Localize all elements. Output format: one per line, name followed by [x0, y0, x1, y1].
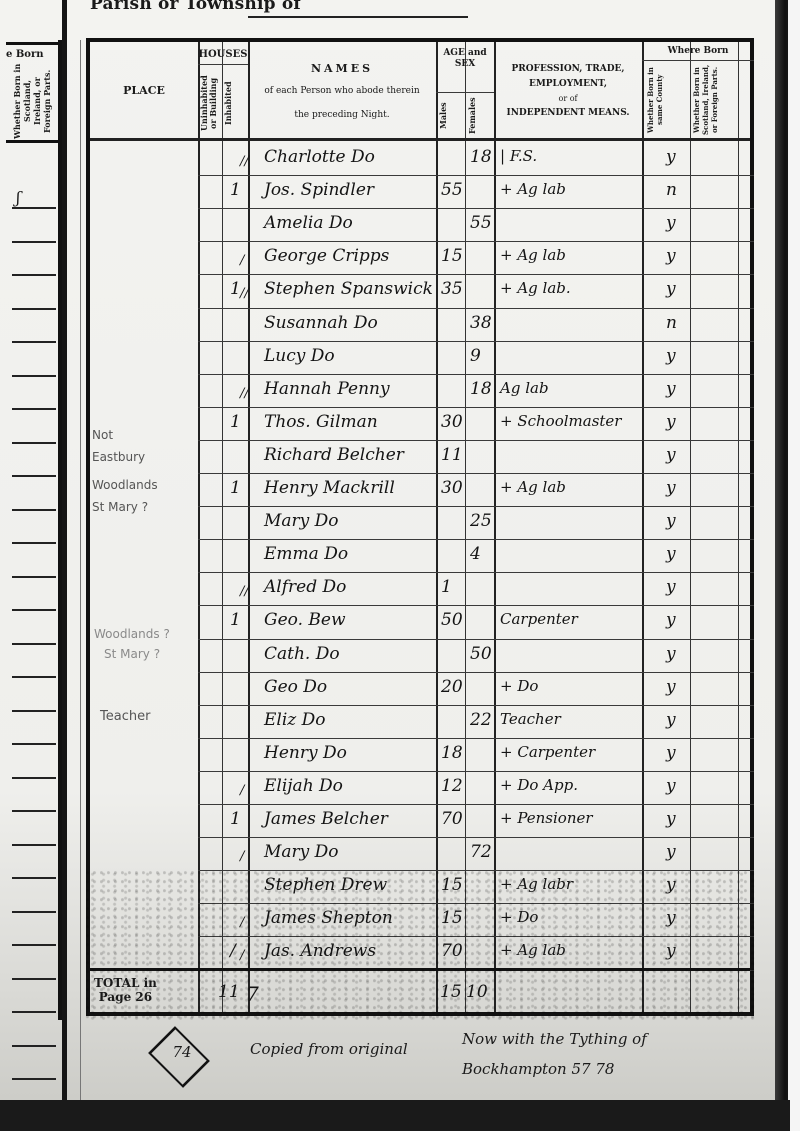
born-same-county: n	[666, 313, 677, 333]
born-same-county: y	[666, 644, 676, 664]
female-age: 50	[470, 644, 492, 664]
previous-page-row-rule	[12, 408, 56, 410]
previous-page-row-rule	[12, 341, 56, 343]
previous-page-row-rule	[12, 375, 56, 377]
male-age: 55	[441, 180, 463, 200]
parish-blank-line	[248, 16, 468, 18]
person-name: Jas. Andrews	[264, 941, 376, 961]
row-rule	[198, 870, 754, 871]
uninhabited-column-header: Uninhabited or Building	[200, 70, 222, 136]
born-same-county: y	[666, 842, 676, 862]
row-rule	[198, 936, 754, 937]
row-rule	[198, 341, 754, 342]
row-rule	[198, 308, 754, 309]
profession-header-line-1: PROFESSION, TRADE,	[494, 64, 642, 74]
column-divider	[494, 42, 496, 1012]
previous-where-born-label: e Born	[6, 49, 44, 60]
person-name: George Cripps	[264, 246, 389, 266]
inhabited-count: 1	[230, 180, 241, 200]
person-name: James Shepton	[264, 908, 393, 928]
born-same-county: y	[666, 346, 676, 366]
person-name: Amelia Do	[264, 213, 353, 233]
total-females: 10	[466, 982, 488, 1002]
where-born-subheader-rule	[642, 60, 754, 61]
row-rule	[198, 639, 754, 640]
person-name: Mary Do	[264, 511, 339, 531]
previous-page-row-rule	[12, 542, 56, 544]
profession: | F.S.	[500, 147, 537, 165]
row-rule	[198, 804, 754, 805]
names-column-subheader-1: of each Person who abode therein	[248, 86, 436, 96]
female-age: 38	[470, 313, 492, 333]
born-same-county: n	[666, 180, 677, 200]
previous-page-row-rule	[12, 475, 56, 477]
person-name: Cath. Do	[264, 644, 340, 664]
born-elsewhere-header: Whether Born in Scotland, Ireland, or Fo…	[692, 64, 736, 136]
inhabited-count: 1	[230, 412, 241, 432]
enumerator-mark: //	[240, 286, 249, 301]
row-rule	[198, 440, 754, 441]
person-name: Stephen Drew	[264, 875, 387, 895]
previous-page-row-rule	[12, 710, 56, 712]
person-name: Elijah Do	[264, 776, 343, 796]
male-age: 15	[441, 875, 463, 895]
females-column-header: Females	[467, 96, 493, 136]
copied-note: Copied from original	[250, 1040, 408, 1058]
previous-page-row-rule	[12, 944, 56, 946]
row-rule	[198, 771, 754, 772]
folio-number: 74	[160, 1043, 204, 1061]
column-divider	[642, 42, 644, 1012]
age-sex-column-header: AGE and SEX	[436, 48, 494, 70]
profession: + Ag labr	[500, 875, 573, 893]
profession: + Ag lab	[500, 246, 566, 264]
person-name: Susannah Do	[264, 313, 378, 333]
born-same-county: y	[666, 941, 676, 961]
previous-page-strip: e Born Whether Born in Scotland, Ireland…	[6, 40, 62, 1020]
binding-line	[80, 40, 81, 1100]
previous-page-row-rule	[12, 509, 56, 511]
previous-page-row-rule	[12, 576, 56, 578]
binding-gutter	[62, 0, 67, 1100]
tything-note-line-1: Now with the Tything of	[462, 1030, 647, 1048]
column-divider	[198, 42, 200, 1012]
male-age: 12	[441, 776, 463, 796]
pencil-note-line: Woodlands ?	[94, 624, 170, 644]
female-age: 72	[470, 842, 492, 862]
parish-label: Parish or Township of	[90, 0, 301, 14]
enumerator-mark: //	[240, 386, 249, 401]
born-same-county: y	[666, 776, 676, 796]
male-age: 11	[441, 445, 463, 465]
houses-column-header: HOUSES	[198, 49, 248, 60]
person-name: Jos. Spindler	[264, 180, 374, 200]
previous-page-row-rule	[12, 308, 56, 310]
female-age: 9	[470, 346, 481, 366]
person-name: Geo Do	[264, 677, 327, 697]
born-same-county: y	[666, 279, 676, 299]
person-name: Geo. Bew	[264, 610, 346, 630]
where-born-header: Where Born	[642, 46, 754, 56]
enumerator-mark: //	[240, 584, 249, 599]
names-column-subheader-2: the preceding Night.	[248, 110, 436, 120]
pencil-note-location: Not Eastbury Woodlands St Mary ?	[92, 424, 158, 518]
enumerator-mark: /	[240, 849, 244, 864]
female-age: 25	[470, 511, 492, 531]
column-divider	[436, 42, 438, 1012]
row-rule	[198, 572, 754, 573]
enumerator-mark: /	[240, 253, 244, 268]
male-age: 15	[441, 246, 463, 266]
person-name: Alfred Do	[264, 577, 346, 597]
male-age: 1	[441, 577, 452, 597]
column-divider	[248, 42, 250, 1012]
born-same-county-header: Whether Born in same County	[646, 64, 688, 136]
header-bottom-rule	[90, 138, 750, 141]
profession: Carpenter	[500, 610, 578, 628]
person-name: Charlotte Do	[264, 147, 375, 167]
pencil-note-occupation: Teacher	[100, 706, 150, 728]
row-rule	[198, 672, 754, 673]
male-age: 20	[441, 677, 463, 697]
previous-page-header: e Born Whether Born in Scotland, Ireland…	[6, 42, 58, 143]
inhabited-count: 1	[230, 478, 241, 498]
enumerator-mark: //	[240, 154, 249, 169]
row-rule	[198, 837, 754, 838]
total-label-line-2: Page 26	[94, 990, 157, 1004]
row-rule	[198, 274, 754, 275]
previous-page-row-rule	[12, 1045, 56, 1047]
inhabited-count: 1	[230, 809, 241, 829]
female-age: 22	[470, 710, 492, 730]
row-rule	[198, 374, 754, 375]
male-age: 35	[441, 279, 463, 299]
row-rule	[198, 506, 754, 507]
row-rule	[198, 705, 754, 706]
row-rule	[198, 208, 754, 209]
enumerator-mark: /	[240, 915, 244, 930]
previous-page-row-rule	[12, 844, 56, 846]
previous-page-row-rule	[12, 442, 56, 444]
total-row-rule	[90, 968, 750, 971]
row-rule	[198, 175, 754, 176]
total-males: 15	[440, 982, 462, 1002]
profession: + Do	[500, 908, 538, 926]
place-column-header: PLACE	[90, 84, 198, 97]
column-divider	[465, 42, 466, 1012]
row-rule	[198, 241, 754, 242]
female-age: 18	[470, 147, 492, 167]
person-name: Richard Belcher	[264, 445, 404, 465]
profession: + Ag lab	[500, 941, 566, 959]
profession-header-line-2: EMPLOYMENT,	[494, 79, 642, 89]
born-same-county: y	[666, 577, 676, 597]
born-same-county: y	[666, 379, 676, 399]
scan-edge-bottom	[0, 1100, 790, 1131]
born-same-county: y	[666, 511, 676, 531]
column-divider	[690, 42, 691, 1012]
pencil-note-line: St Mary ?	[94, 644, 170, 664]
previous-page-row-rule	[12, 743, 56, 745]
born-same-county: y	[666, 677, 676, 697]
born-same-county: y	[666, 610, 676, 630]
person-name: Stephen Spanswick	[264, 279, 433, 299]
names-column-header: NAMES	[248, 62, 436, 75]
profession: Teacher	[500, 710, 561, 728]
person-name: Emma Do	[264, 544, 348, 564]
previous-page-mark: ʃ	[16, 188, 20, 207]
born-same-county: y	[666, 213, 676, 233]
male-age: 18	[441, 743, 463, 763]
pencil-note-line: Eastbury	[92, 446, 158, 468]
male-age: 50	[441, 610, 463, 630]
census-page-scan: Parish or Township of e Born Whether Bor…	[0, 0, 800, 1131]
born-same-county: y	[666, 875, 676, 895]
born-same-county: y	[666, 809, 676, 829]
previous-page-row-rule	[12, 676, 56, 678]
female-age: 18	[470, 379, 492, 399]
profession: + Do App.	[500, 776, 578, 794]
profession: + Pensioner	[500, 809, 593, 827]
profession: + Carpenter	[500, 743, 595, 761]
profession: Ag lab	[500, 379, 549, 397]
profession-header-line-4: INDEPENDENT MEANS.	[494, 108, 642, 118]
enumerator-mark: /	[240, 783, 244, 798]
row-rule	[198, 738, 754, 739]
pencil-note-location-2: Woodlands ? St Mary ?	[94, 624, 170, 664]
born-same-county: y	[666, 743, 676, 763]
born-same-county: y	[666, 908, 676, 928]
inhabited-column-header: Inhabited	[224, 70, 246, 136]
born-same-county: y	[666, 544, 676, 564]
female-age: 55	[470, 213, 492, 233]
person-name: Henry Mackrill	[264, 478, 395, 498]
person-name: Eliz Do	[264, 710, 326, 730]
male-age: 30	[441, 478, 463, 498]
profession: + Do	[500, 677, 538, 695]
pencil-note-line: Woodlands	[92, 474, 158, 496]
total-inhabited: 11	[218, 982, 240, 1002]
profession: + Schoolmaster	[500, 412, 621, 430]
male-age: 30	[441, 412, 463, 432]
inhabited-count: 1	[230, 610, 241, 630]
previous-page-row-rule	[12, 274, 56, 276]
male-age: 70	[441, 809, 463, 829]
profession: + Ag lab	[500, 478, 566, 496]
previous-born-elsewhere-label: Whether Born in Scotland, Ireland, or Fo…	[12, 63, 52, 139]
column-divider	[738, 42, 739, 1012]
person-name: Lucy Do	[264, 346, 335, 366]
profession-header-line-3: or of	[494, 94, 642, 103]
person-name: Henry Do	[264, 743, 347, 763]
column-divider	[222, 42, 223, 1012]
female-age: 4	[470, 544, 481, 564]
row-rule	[198, 605, 754, 606]
male-age: 70	[441, 941, 463, 961]
person-name: Hannah Penny	[264, 379, 390, 399]
born-same-county: y	[666, 147, 676, 167]
born-same-county: y	[666, 412, 676, 432]
scan-margin	[788, 0, 800, 1131]
row-rule	[198, 407, 754, 408]
previous-page-row-rule	[12, 877, 56, 879]
row-rule	[198, 473, 754, 474]
previous-page-row-rule	[12, 241, 56, 243]
males-column-header: Males	[438, 96, 464, 136]
previous-page-row-rule	[12, 643, 56, 645]
previous-page-row-rule	[12, 609, 56, 611]
born-same-county: y	[666, 710, 676, 730]
total-names-mark: 7	[246, 982, 259, 1006]
age-subheader-rule	[436, 92, 494, 93]
pencil-note-line: Not	[92, 424, 158, 446]
row-rule	[198, 539, 754, 540]
previous-page-row-rule	[12, 777, 56, 779]
person-name: James Belcher	[264, 809, 388, 829]
total-label-line-1: TOTAL in	[94, 976, 157, 990]
row-rule	[198, 903, 754, 904]
enumerator-mark: /	[240, 948, 244, 963]
born-same-county: y	[666, 246, 676, 266]
total-label: TOTAL in Page 26	[94, 976, 157, 1004]
person-name: Mary Do	[264, 842, 339, 862]
previous-page-row-rule	[12, 978, 56, 980]
profession: + Ag lab.	[500, 279, 571, 297]
previous-page-row-rule	[12, 911, 56, 913]
previous-page-row-rule	[12, 810, 56, 812]
tything-note-line-2: Bockhampton 57 78	[462, 1060, 614, 1078]
born-same-county: y	[666, 445, 676, 465]
male-age: 15	[441, 908, 463, 928]
profession: + Ag lab	[500, 180, 566, 198]
census-table: PLACE HOUSES Uninhabited or Building Inh…	[86, 38, 754, 1016]
born-same-county: y	[666, 478, 676, 498]
previous-page-row-rule	[12, 1078, 56, 1080]
previous-page-row-rule	[12, 207, 56, 209]
inhabited-count: /	[230, 941, 236, 961]
previous-page-row-rule	[12, 1011, 56, 1013]
person-name: Thos. Gilman	[264, 412, 378, 432]
houses-subheader-rule	[198, 64, 248, 65]
pencil-note-line: St Mary ?	[92, 496, 158, 518]
